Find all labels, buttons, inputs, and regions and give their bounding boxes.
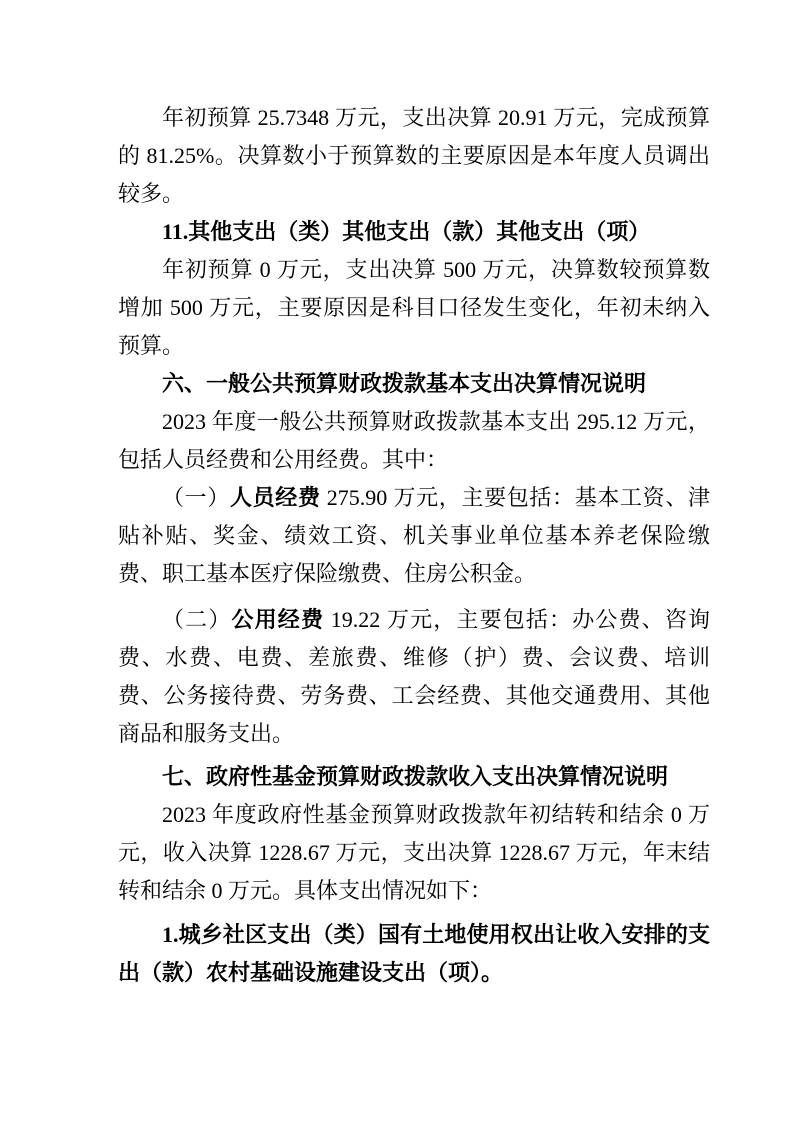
heading-section-6: 六、一般公共预算财政拨款基本支出决算情况说明 (118, 365, 710, 403)
heading-11-other-expenditure: 11.其他支出（类）其他支出（款）其他支出（项） (118, 213, 710, 251)
text-run-bold: 公用经费 (231, 607, 324, 632)
text-run: 2023 年度一般公共预算财政拨款基本支出 295.12 万元，包括人员经费和公… (118, 409, 710, 472)
text-run: （一） (162, 485, 230, 510)
para-basic-expenditure-total: 2023 年度一般公共预算财政拨款基本支出 295.12 万元，包括人员经费和公… (118, 403, 710, 479)
para-other-expenditure-detail: 年初预算 0 万元，支出决算 500 万元，决算数较预算数增加 500 万元，主… (118, 251, 710, 365)
heading-1-urban-rural-community: 1.城乡社区支出（类）国有土地使用权出让收入安排的支出（款）农村基础设施建设支出… (118, 916, 710, 992)
text-run: 1.城乡社区支出（类）国有土地使用权出让收入安排的支出（款）农村基础设施建设支出… (118, 922, 710, 985)
text-run: 七、政府性基金预算财政拨款收入支出决算情况说明 (162, 764, 668, 789)
para-personnel-funds: （一）人员经费 275.90 万元，主要包括：基本工资、津贴补贴、奖金、绩效工资… (118, 479, 710, 593)
para-government-funds-detail: 2023 年度政府性基金预算财政拨款年初结转和结余 0 万元，收入决算 1228… (118, 796, 710, 910)
text-run: 2023 年度政府性基金预算财政拨款年初结转和结余 0 万元，收入决算 1228… (118, 802, 710, 903)
text-run-bold: 人员经费 (230, 485, 321, 510)
text-run: 年初预算 0 万元，支出决算 500 万元，决算数较预算数增加 500 万元，主… (118, 257, 710, 358)
para-public-funds: （二）公用经费 19.22 万元，主要包括：办公费、咨询费、水费、电费、差旅费、… (118, 601, 710, 753)
text-run: （二） (162, 607, 231, 632)
text-run: 11.其他支出（类）其他支出（款）其他支出（项） (162, 219, 650, 244)
text-run: 年初预算 25.7348 万元，支出决算 20.91 万元，完成预算的 81.2… (118, 105, 710, 206)
para-budget-completion: 年初预算 25.7348 万元，支出决算 20.91 万元，完成预算的 81.2… (118, 99, 710, 213)
document-page: 年初预算 25.7348 万元，支出决算 20.91 万元，完成预算的 81.2… (0, 0, 793, 1122)
heading-section-7: 七、政府性基金预算财政拨款收入支出决算情况说明 (118, 758, 710, 796)
text-run: 六、一般公共预算财政拨款基本支出决算情况说明 (162, 371, 646, 396)
